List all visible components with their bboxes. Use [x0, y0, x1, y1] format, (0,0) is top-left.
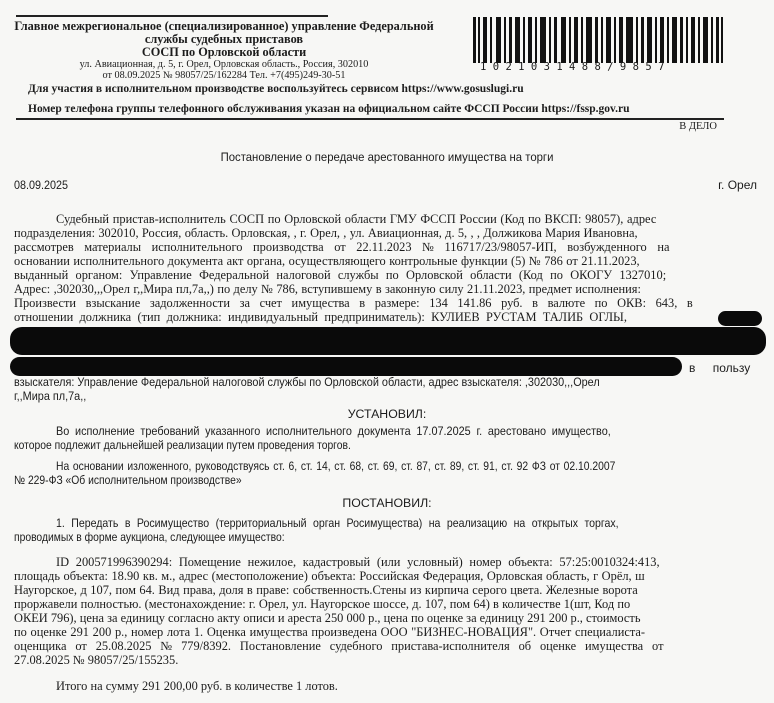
total-summary: Итого на сумму 291 200,00 руб. в количес…: [56, 679, 338, 694]
filing-stamp: В ДЕЛО: [679, 121, 717, 132]
barcode-number: 1021031488/9857: [480, 61, 720, 73]
resolved-line: проводимых в форме аукциона, следующее и…: [14, 530, 285, 544]
redaction-block: [10, 357, 682, 376]
barcode-icon: [473, 17, 723, 63]
creditor-line: взыскателя: Управление Федеральной налог…: [14, 375, 600, 389]
intro-line: рассмотрев материалы исполнительного про…: [14, 240, 669, 255]
property-line: ID 200571996390294: Помещение нежилое, к…: [56, 555, 660, 570]
document-title: Постановление о передаче арестованного и…: [27, 150, 747, 164]
property-line: площадь объекта: 18.90 кв. м., адрес (ме…: [14, 569, 645, 584]
resolved-heading: ПОСТАНОВИЛ:: [0, 496, 774, 510]
intro-line: Адрес: ,302030,,,Орел г,,Мира пл,7а,,) п…: [14, 282, 641, 297]
intro-line: Произвести взыскание задолженности за сч…: [14, 296, 693, 311]
established-heading: УСТАНОВИЛ:: [0, 407, 774, 421]
redaction-block: [10, 327, 766, 355]
redaction-block: [718, 311, 762, 326]
fssp-notice: Номер телефона группы телефонного обслуж…: [28, 103, 630, 115]
basis-line: № 229-ФЗ «Об исполнительном производстве…: [14, 473, 242, 487]
property-line: проржавели полностью. (местонахождение: …: [14, 597, 630, 612]
property-line: 27.08.2025 № 98057/25/155235.: [14, 653, 178, 668]
resolved-line: 1. Передать в Росимущество (территориаль…: [56, 516, 619, 530]
issuer-org-line3: СОСП по Орловской области: [14, 46, 434, 59]
in-favor-text: в пользу: [689, 361, 750, 375]
intro-line: Судебный пристав-исполнитель СОСП по Орл…: [56, 212, 656, 227]
document-page: Главное межрегиональное (специализирован…: [0, 0, 774, 703]
gosuslugi-notice: Для участия в исполнительном производств…: [28, 83, 524, 95]
intro-line: подразделения: 302010, Россия, область. …: [14, 226, 638, 241]
property-line: оценщика от 25.08.2025 № 779/8392. Поста…: [14, 639, 664, 654]
established-line: которое подлежит дальнейшей реализации п…: [14, 438, 351, 452]
established-line: Во исполнение требований указанного испо…: [56, 424, 611, 438]
header-rule-top: [16, 15, 328, 17]
intro-line: отношении должника (тип должника: индиви…: [14, 310, 627, 325]
creditor-line: г,,Мира пл,7а,,: [14, 389, 86, 403]
property-line: по оценке 291 200 р., номер лота 1. Оцен…: [14, 625, 645, 640]
property-line: Наугорское, д 107, пом 64. Вид права, до…: [14, 583, 638, 598]
issuer-reference: от 08.09.2025 № 98057/25/162284 Тел. +7(…: [14, 70, 434, 81]
property-line: ОКЕИ 796), цена за единицу согласно акту…: [14, 611, 640, 626]
intro-line: основании исполнительного документа акт …: [14, 254, 640, 269]
intro-line: выданный органом: Управление Федеральной…: [14, 268, 666, 283]
issuer-header: Главное межрегиональное (специализирован…: [14, 20, 434, 81]
document-city: г. Орел: [718, 178, 757, 192]
basis-line: На основании изложенного, руководствуясь…: [56, 459, 615, 473]
document-date: 08.09.2025: [14, 178, 68, 192]
header-rule-bottom: [16, 118, 724, 120]
issuer-address: ул. Авиационная, д. 5, г. Орел, Орловска…: [14, 59, 434, 70]
